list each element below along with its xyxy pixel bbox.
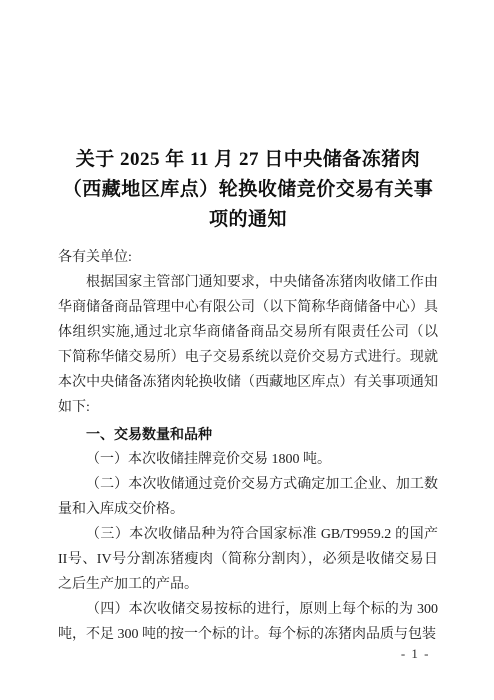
section-1-item-3: （三）本次收储品种为符合国家标准 GB/T9959.2 的国产II号、IV号分割… [58, 522, 438, 597]
section-1-item-1: （一）本次收储挂牌竞价交易 1800 吨。 [58, 447, 438, 472]
intro-paragraph: 根据国家主管部门通知要求，中央储备冻猪肉收储工作由华商储备商品管理中心有限公司（… [58, 270, 438, 420]
page-number: - 1 - [401, 646, 430, 662]
section-1-item-4: （四）本次收储交易按标的进行，原则上每个标的为 300 吨，不足 300 吨的按… [58, 597, 438, 647]
notice-title: 关于 2025 年 11 月 27 日中央储备冻猪肉（西藏地区库点）轮换收储竞价… [57, 145, 439, 235]
greeting-line: 各有关单位: [58, 245, 438, 270]
section-1-heading: 一、交易数量和品种 [58, 422, 438, 447]
section-1-item-2: （二）本次收储通过竞价交易方式确定加工企业、加工数量和入库成交价格。 [58, 472, 438, 522]
notice-body: 关于 2025 年 11 月 27 日中央储备冻猪肉（西藏地区库点）轮换收储竞价… [58, 145, 438, 647]
document-page: { "doc": { "title": "关于 2025 年 11 月 27 日… [0, 0, 494, 700]
